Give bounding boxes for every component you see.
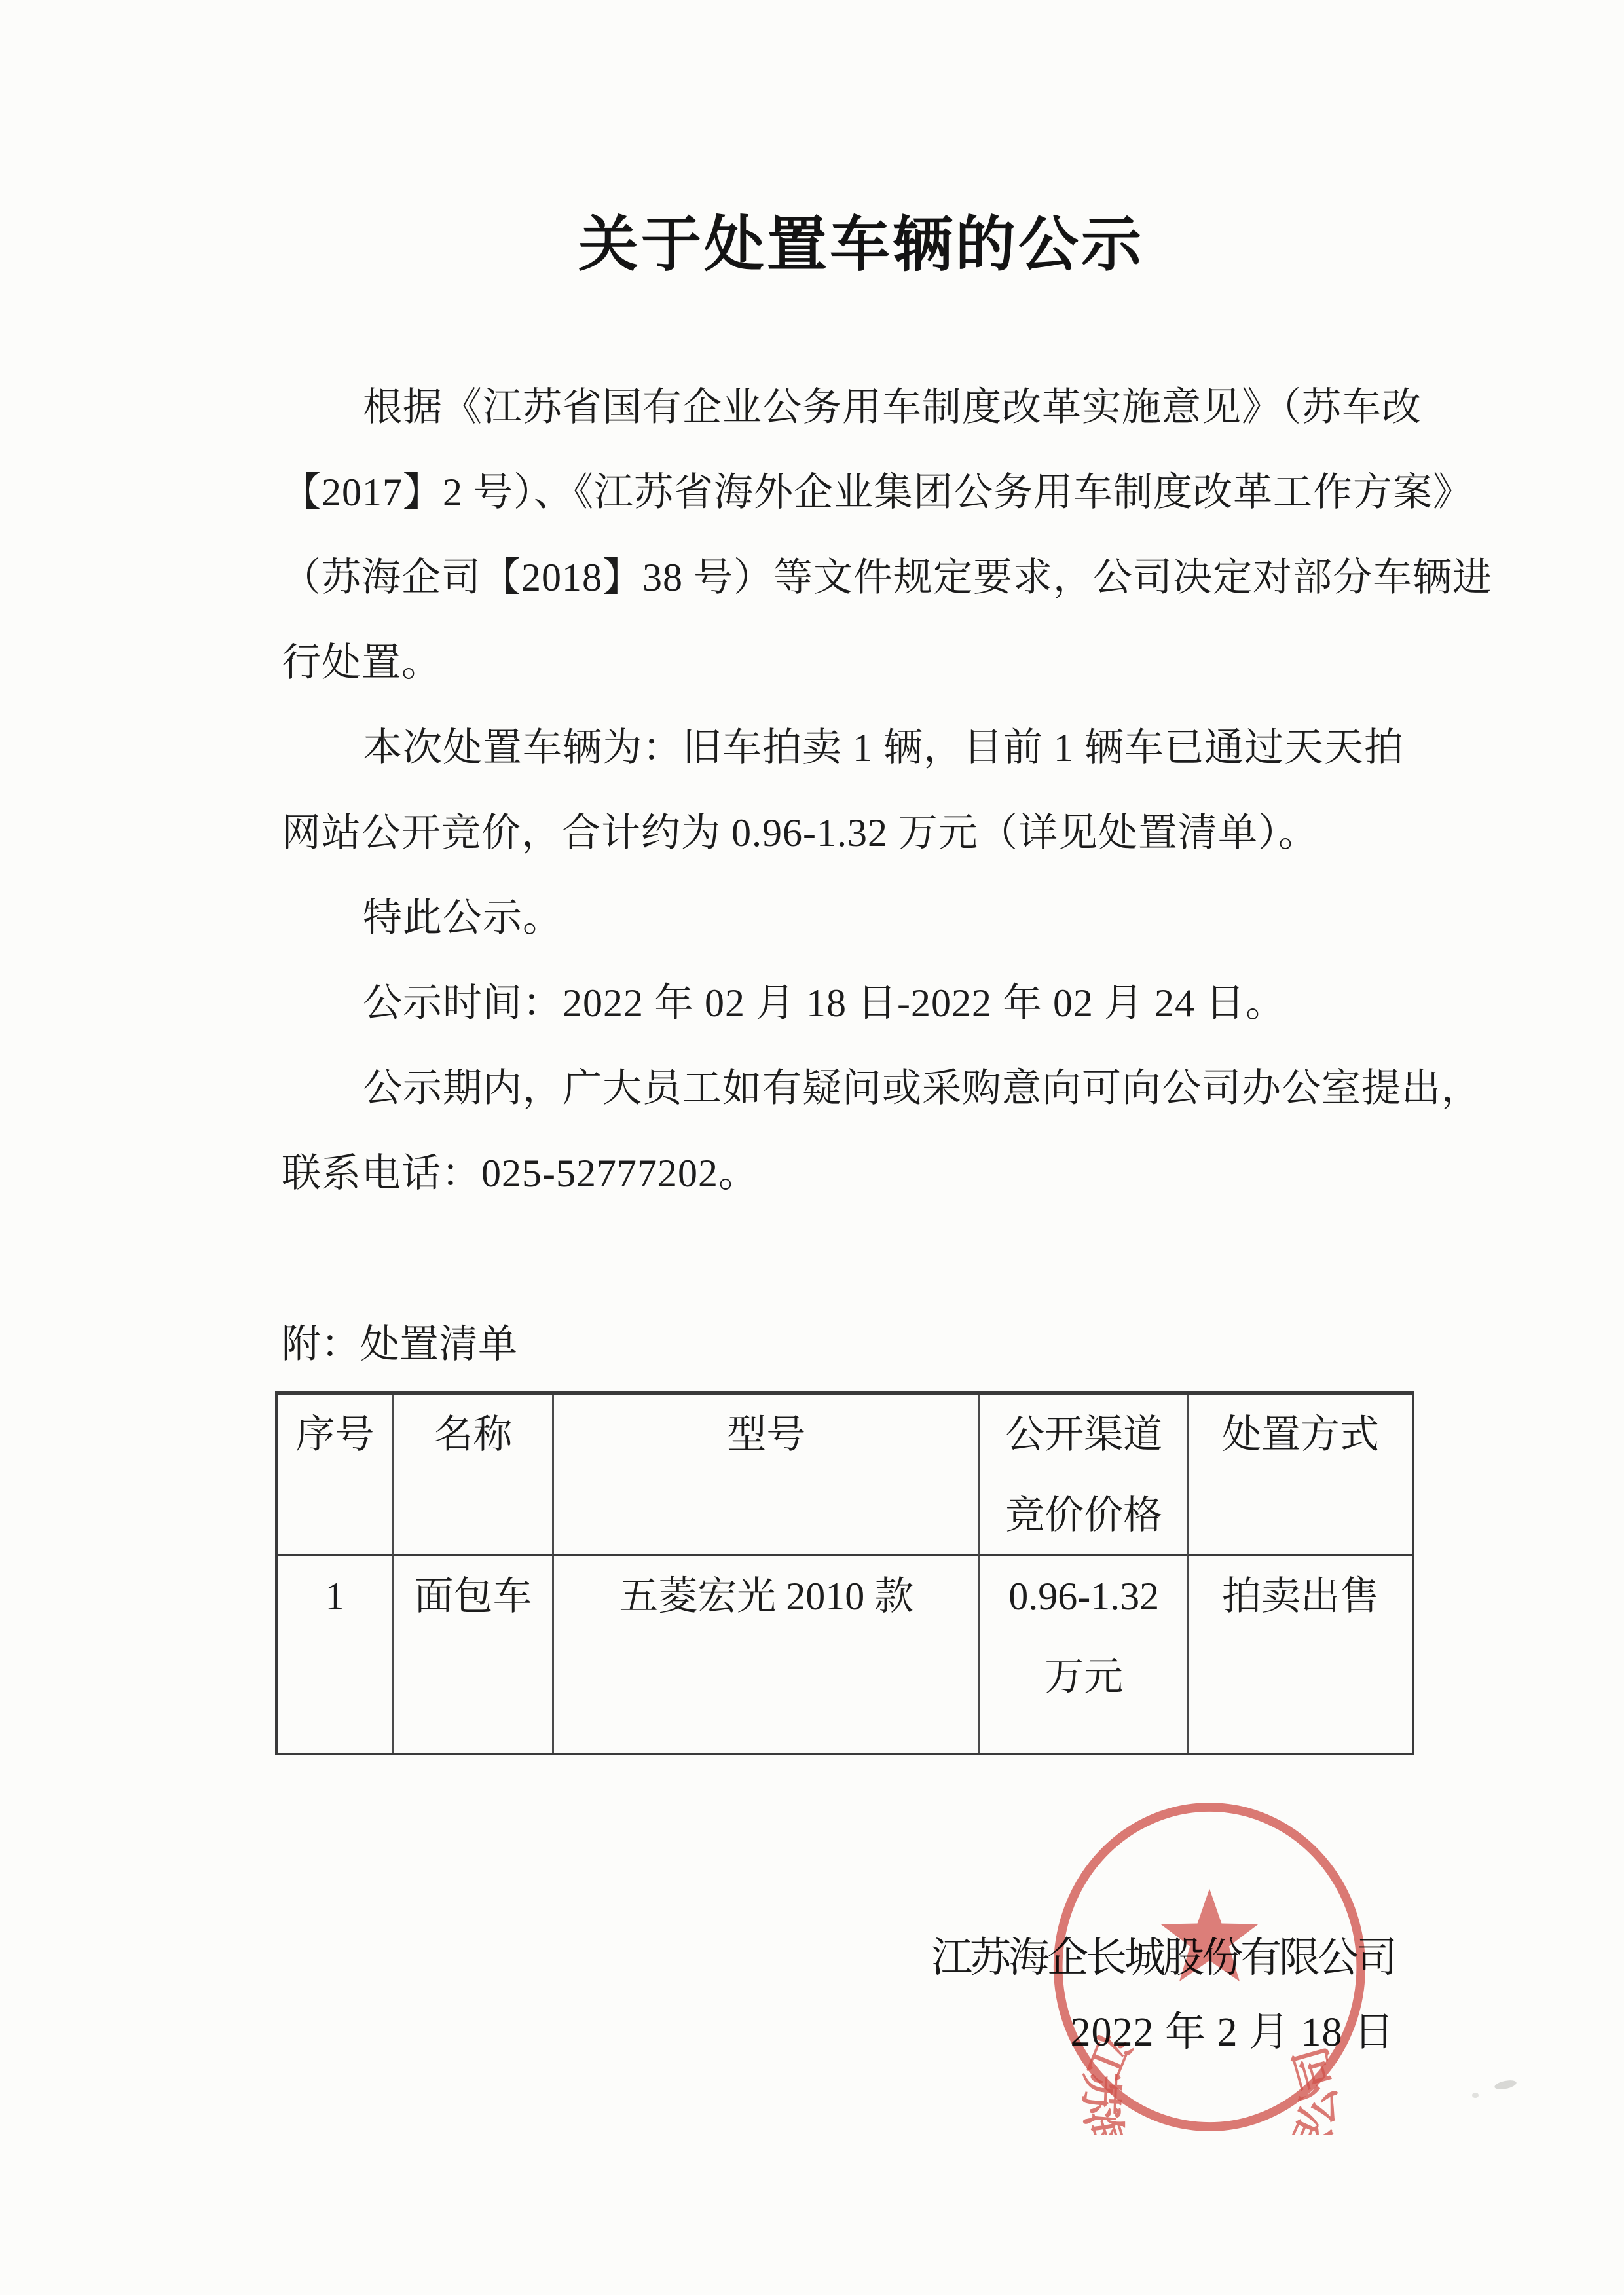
header-cell-no: 序号: [278, 1395, 392, 1556]
header-cell-method: 处置方式: [1187, 1395, 1412, 1556]
scan-artifact: [1494, 2079, 1517, 2091]
disposal-list-table: 序号 名称 型号 公开渠道 竞价价格 处置方式 1 面包车: [275, 1391, 1414, 1755]
cell-price: 0.96-1.32 万元: [978, 1556, 1187, 1753]
cell-method: 拍卖出售: [1187, 1556, 1412, 1753]
body-text-block: 根据《江苏省国有企业公务用车制度改革实施意见》（苏车改 【2017】2 号）、《…: [282, 365, 1421, 1216]
table-data-row: 1 面包车 五菱宏光 2010 款 0.96-1.32 万元 拍卖出售: [278, 1556, 1412, 1753]
header-cell-model: 型号: [552, 1395, 978, 1556]
notice-document-page: 关于处置车辆的公示 根据《江苏省国有企业公务用车制度改革实施意见》（苏车改 【2…: [0, 0, 1624, 2295]
body-line: 公示时间：2022 年 02 月 18 日-2022 年 02 月 24 日。: [282, 961, 1421, 1046]
header-cell-name: 名称: [392, 1395, 552, 1556]
attachment-label: 附：处置清单: [282, 1302, 1421, 1387]
cell-name: 面包车: [392, 1556, 552, 1753]
cell-model: 五菱宏光 2010 款: [552, 1556, 978, 1753]
body-line: 【2017】2 号）、《江苏省海外企业集团公务用车制度改革工作方案》: [282, 450, 1421, 535]
cell-no: 1: [278, 1556, 392, 1753]
body-line: （苏海企司【2018】38 号）等文件规定要求，公司决定对部分车辆进: [282, 535, 1421, 620]
body-line: 本次处置车辆为：旧车拍卖 1 辆，目前 1 辆车已通过天天拍: [282, 705, 1421, 790]
signature-date: 2022 年 2 月 18 日: [805, 2005, 1395, 2060]
body-line: 根据《江苏省国有企业公务用车制度改革实施意见》（苏车改: [282, 365, 1421, 450]
scan-artifact: [1472, 2093, 1479, 2098]
signature-company-name: 江苏海企长城股份有限公司: [805, 1930, 1395, 1985]
body-line: 特此公示。: [282, 875, 1421, 961]
body-line: 行处置。: [282, 620, 1421, 705]
header-cell-channel-price: 公开渠道 竞价价格: [978, 1395, 1187, 1556]
body-line: 网站公开竞价，合计约为 0.96-1.32 万元（详见处置清单）。: [282, 790, 1421, 875]
table-header-row: 序号 名称 型号 公开渠道 竞价价格 处置方式: [278, 1395, 1412, 1556]
body-line: 公示期内，广大员工如有疑问或采购意向可向公司办公室提出，: [282, 1046, 1421, 1131]
body-line: 联系电话：025-52777202。: [282, 1131, 1421, 1216]
document-title: 关于处置车辆的公示: [282, 196, 1411, 283]
